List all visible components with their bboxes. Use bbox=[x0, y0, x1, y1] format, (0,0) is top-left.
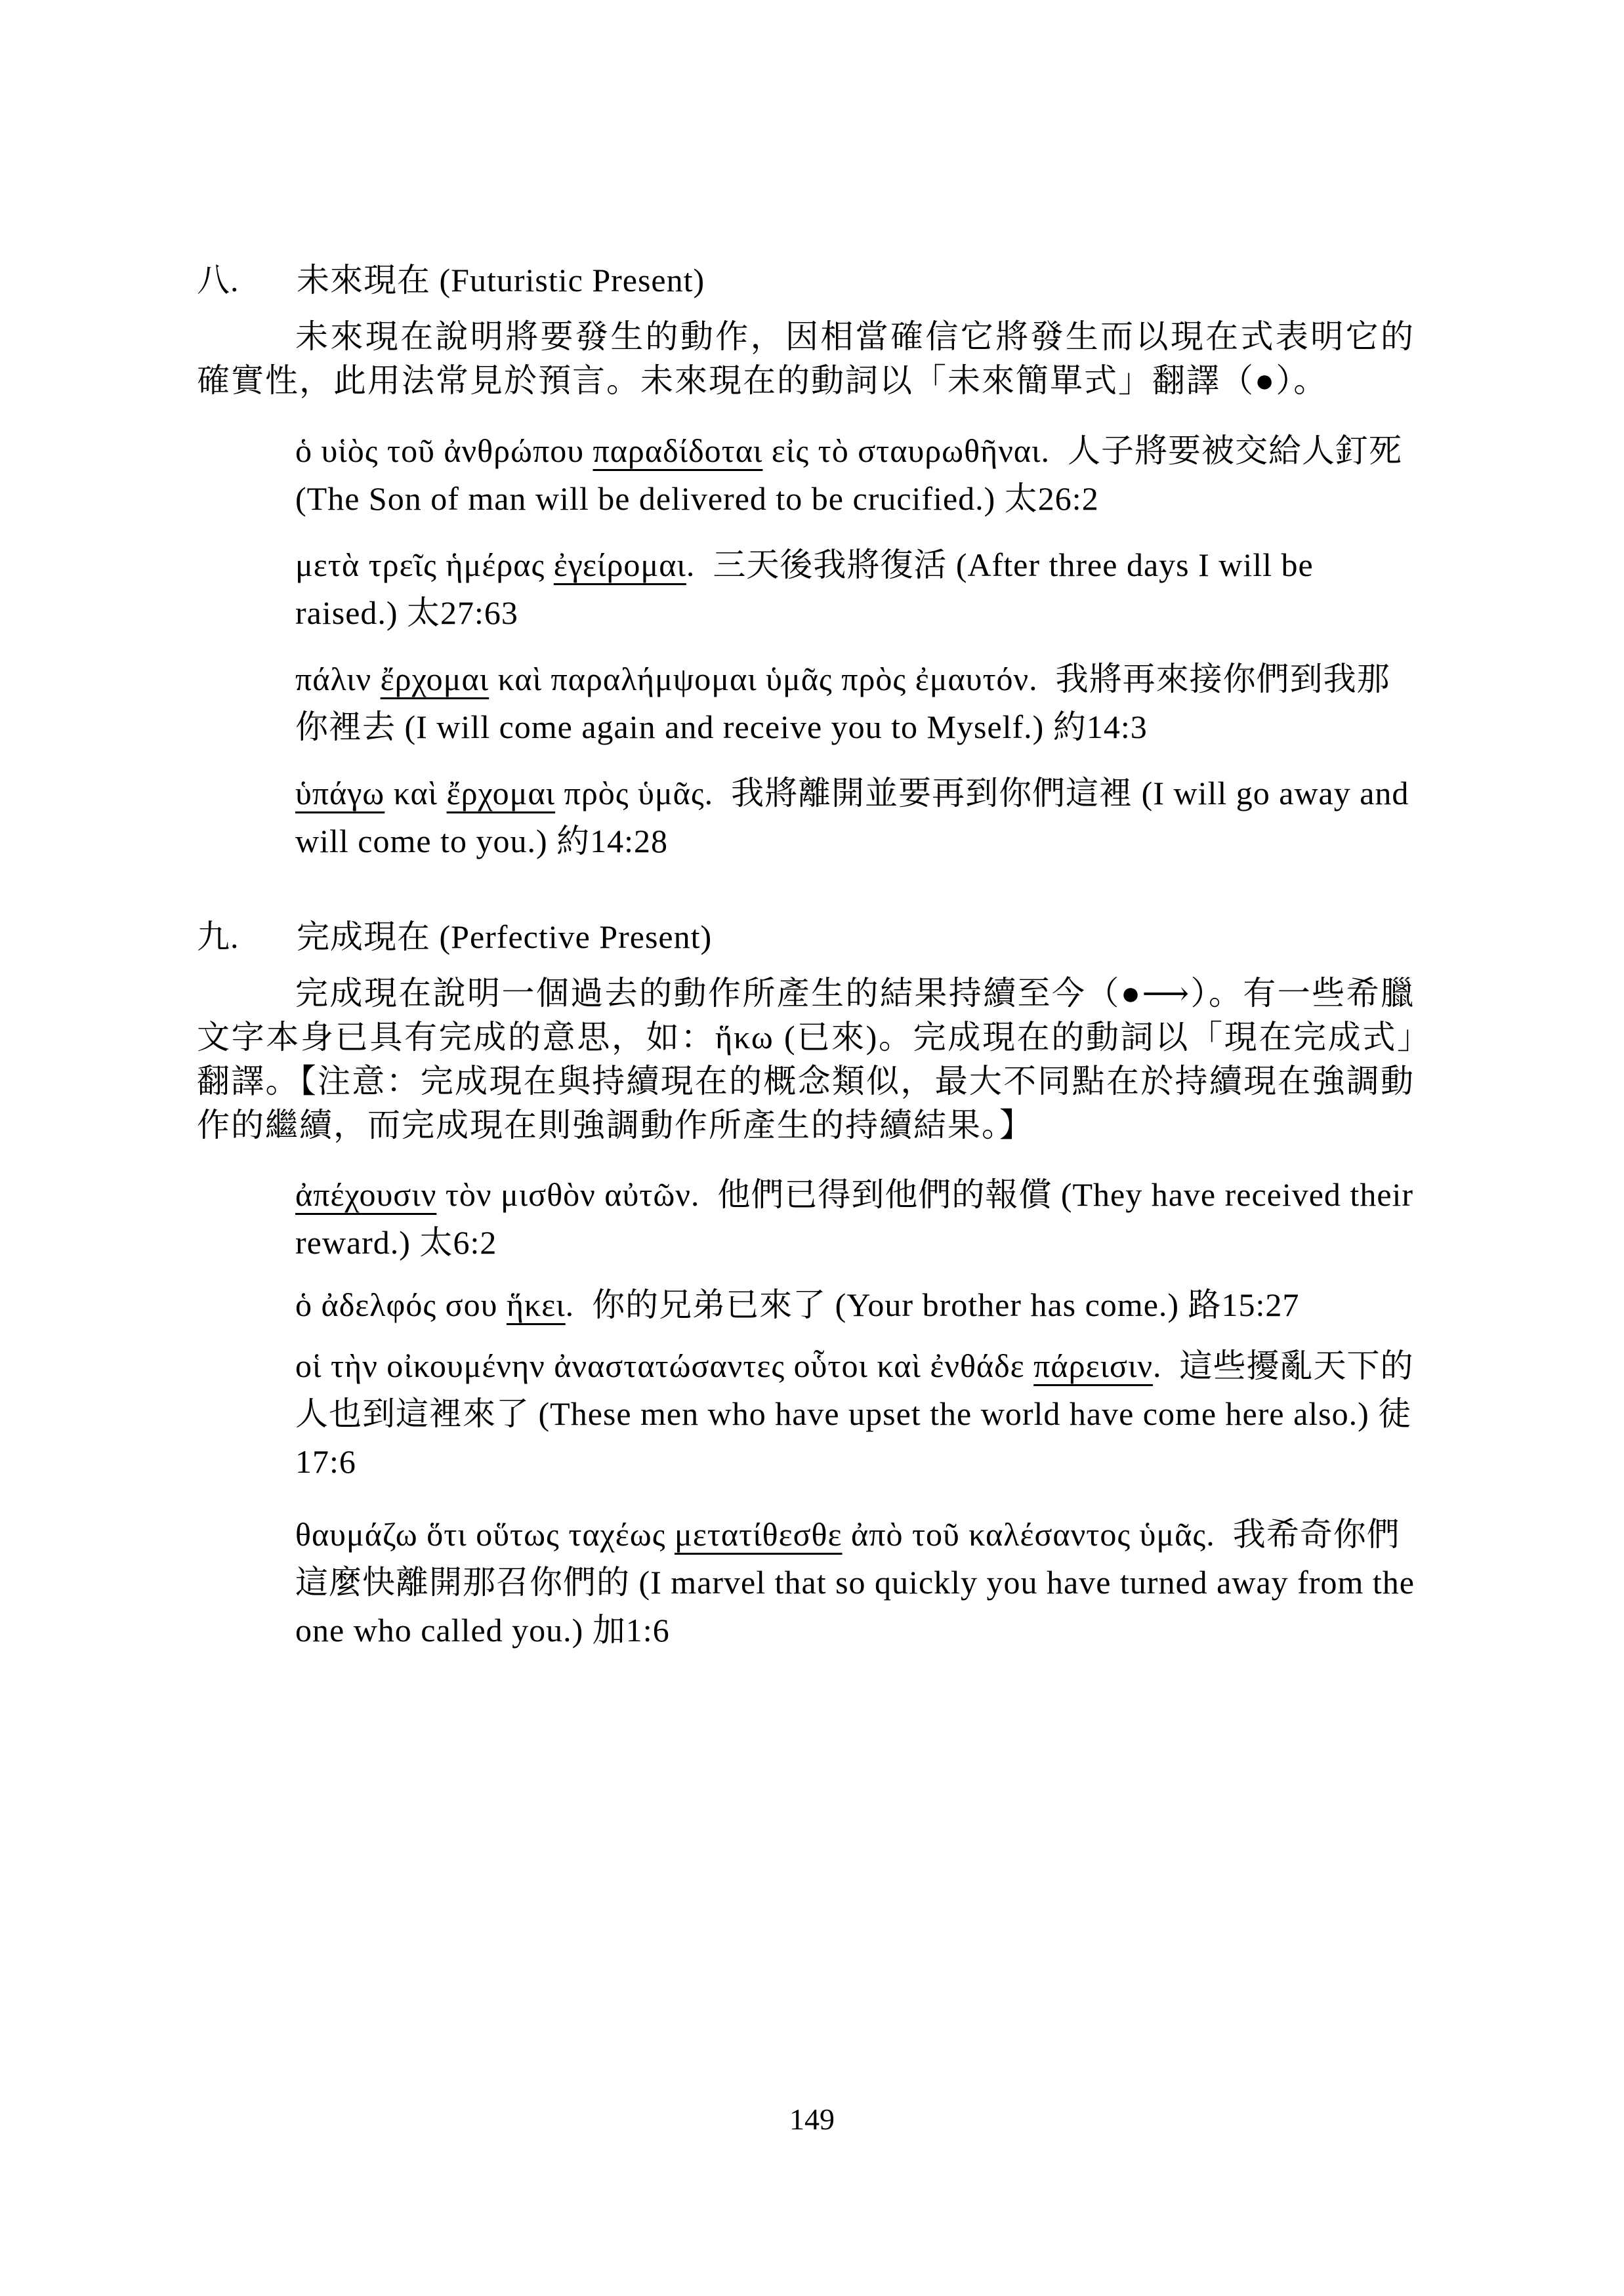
greek-keyword-underlined: ἔρχομαι bbox=[381, 661, 489, 697]
example-text: ὁ υἱὸς τοῦ ἀνθρώπου bbox=[295, 432, 593, 469]
section-heading-futuristic-present: 八.未來現在 (Futuristic Present) bbox=[197, 261, 1415, 299]
greek-keyword-underlined: ἔρχομαι bbox=[447, 775, 556, 811]
example-item: ὁ υἱὸς τοῦ ἀνθρώπου παραδίδοται εἰς τὸ σ… bbox=[295, 427, 1415, 523]
greek-keyword-underlined: ὑπάγω bbox=[295, 775, 385, 811]
document-page: 八.未來現在 (Futuristic Present) 未來現在說明將要發生的動… bbox=[0, 0, 1624, 2296]
example-text: μετὰ τρεῖς ἡμέρας bbox=[295, 546, 554, 583]
section-title: 未來現在 (Futuristic Present) bbox=[297, 262, 705, 298]
example-item: μετὰ τρεῖς ἡμέρας ἐγείρομαι. 三天後我將復活 (Af… bbox=[295, 541, 1415, 637]
greek-keyword-underlined: μετατίθεσθε bbox=[675, 1516, 842, 1553]
example-text: οἱ τὴν οἰκουμένην ἀναστατώσαντες οὗτοι κ… bbox=[295, 1347, 1033, 1384]
example-text: πάλιν bbox=[295, 661, 381, 697]
section-heading-perfective-present: 九.完成現在 (Perfective Present) bbox=[197, 918, 1415, 956]
page-content: 八.未來現在 (Futuristic Present) 未來現在說明將要發生的動… bbox=[197, 261, 1415, 1654]
example-item: ὑπάγω καὶ ἔρχομαι πρὸς ὑμᾶς. 我將離開並要再到你們這… bbox=[295, 769, 1415, 865]
example-text: καὶ bbox=[385, 775, 446, 811]
example-item: οἱ τὴν οἰκουμένην ἀναστατώσαντες οὗτοι κ… bbox=[295, 1342, 1415, 1486]
greek-keyword-underlined: ἐγείρομαι bbox=[554, 546, 686, 583]
section-paragraph: 完成現在說明一個過去的動作所產生的結果持續至今（●⟶）。有一些希臘文字本身已具有… bbox=[197, 972, 1415, 1147]
section-paragraph: 未來現在說明將要發生的動作，因相當確信它將發生而以現在式表明它的確實性，此用法常… bbox=[197, 315, 1415, 403]
greek-keyword-underlined: παραδίδοται bbox=[593, 432, 762, 469]
greek-keyword-underlined: πάρεισιν bbox=[1033, 1347, 1153, 1384]
greek-keyword-underlined: ἥκει bbox=[507, 1286, 566, 1323]
greek-keyword-underlined: ἀπέχουσιν bbox=[295, 1176, 436, 1213]
page-number: 149 bbox=[0, 2102, 1624, 2137]
example-text: ὁ ἀδελφός σου bbox=[295, 1286, 507, 1323]
example-text: . 你的兄弟已來了 (Your brother has come.) 路15:2… bbox=[566, 1286, 1300, 1323]
section-number: 九. bbox=[197, 918, 297, 956]
section-number: 八. bbox=[197, 261, 297, 299]
example-item: ἀπέχουσιν τὸν μισθὸν αὐτῶν. 他們已得到他們的報償 (… bbox=[295, 1171, 1415, 1267]
example-text: θαυμάζω ὅτι οὕτως ταχέως bbox=[295, 1516, 675, 1553]
example-text: τὸν μισθὸν αὐτῶν. 他們已得到他們的報償 (They have … bbox=[295, 1176, 1423, 1261]
section-title: 完成現在 (Perfective Present) bbox=[297, 918, 712, 955]
example-item: πάλιν ἔρχομαι καὶ παραλήμψομαι ὑμᾶς πρὸς… bbox=[295, 655, 1415, 751]
example-item: θαυμάζω ὅτι οὕτως ταχέως μετατίθεσθε ἀπὸ… bbox=[295, 1511, 1415, 1654]
example-item: ὁ ἀδελφός σου ἥκει. 你的兄弟已來了 (Your brothe… bbox=[295, 1281, 1415, 1329]
